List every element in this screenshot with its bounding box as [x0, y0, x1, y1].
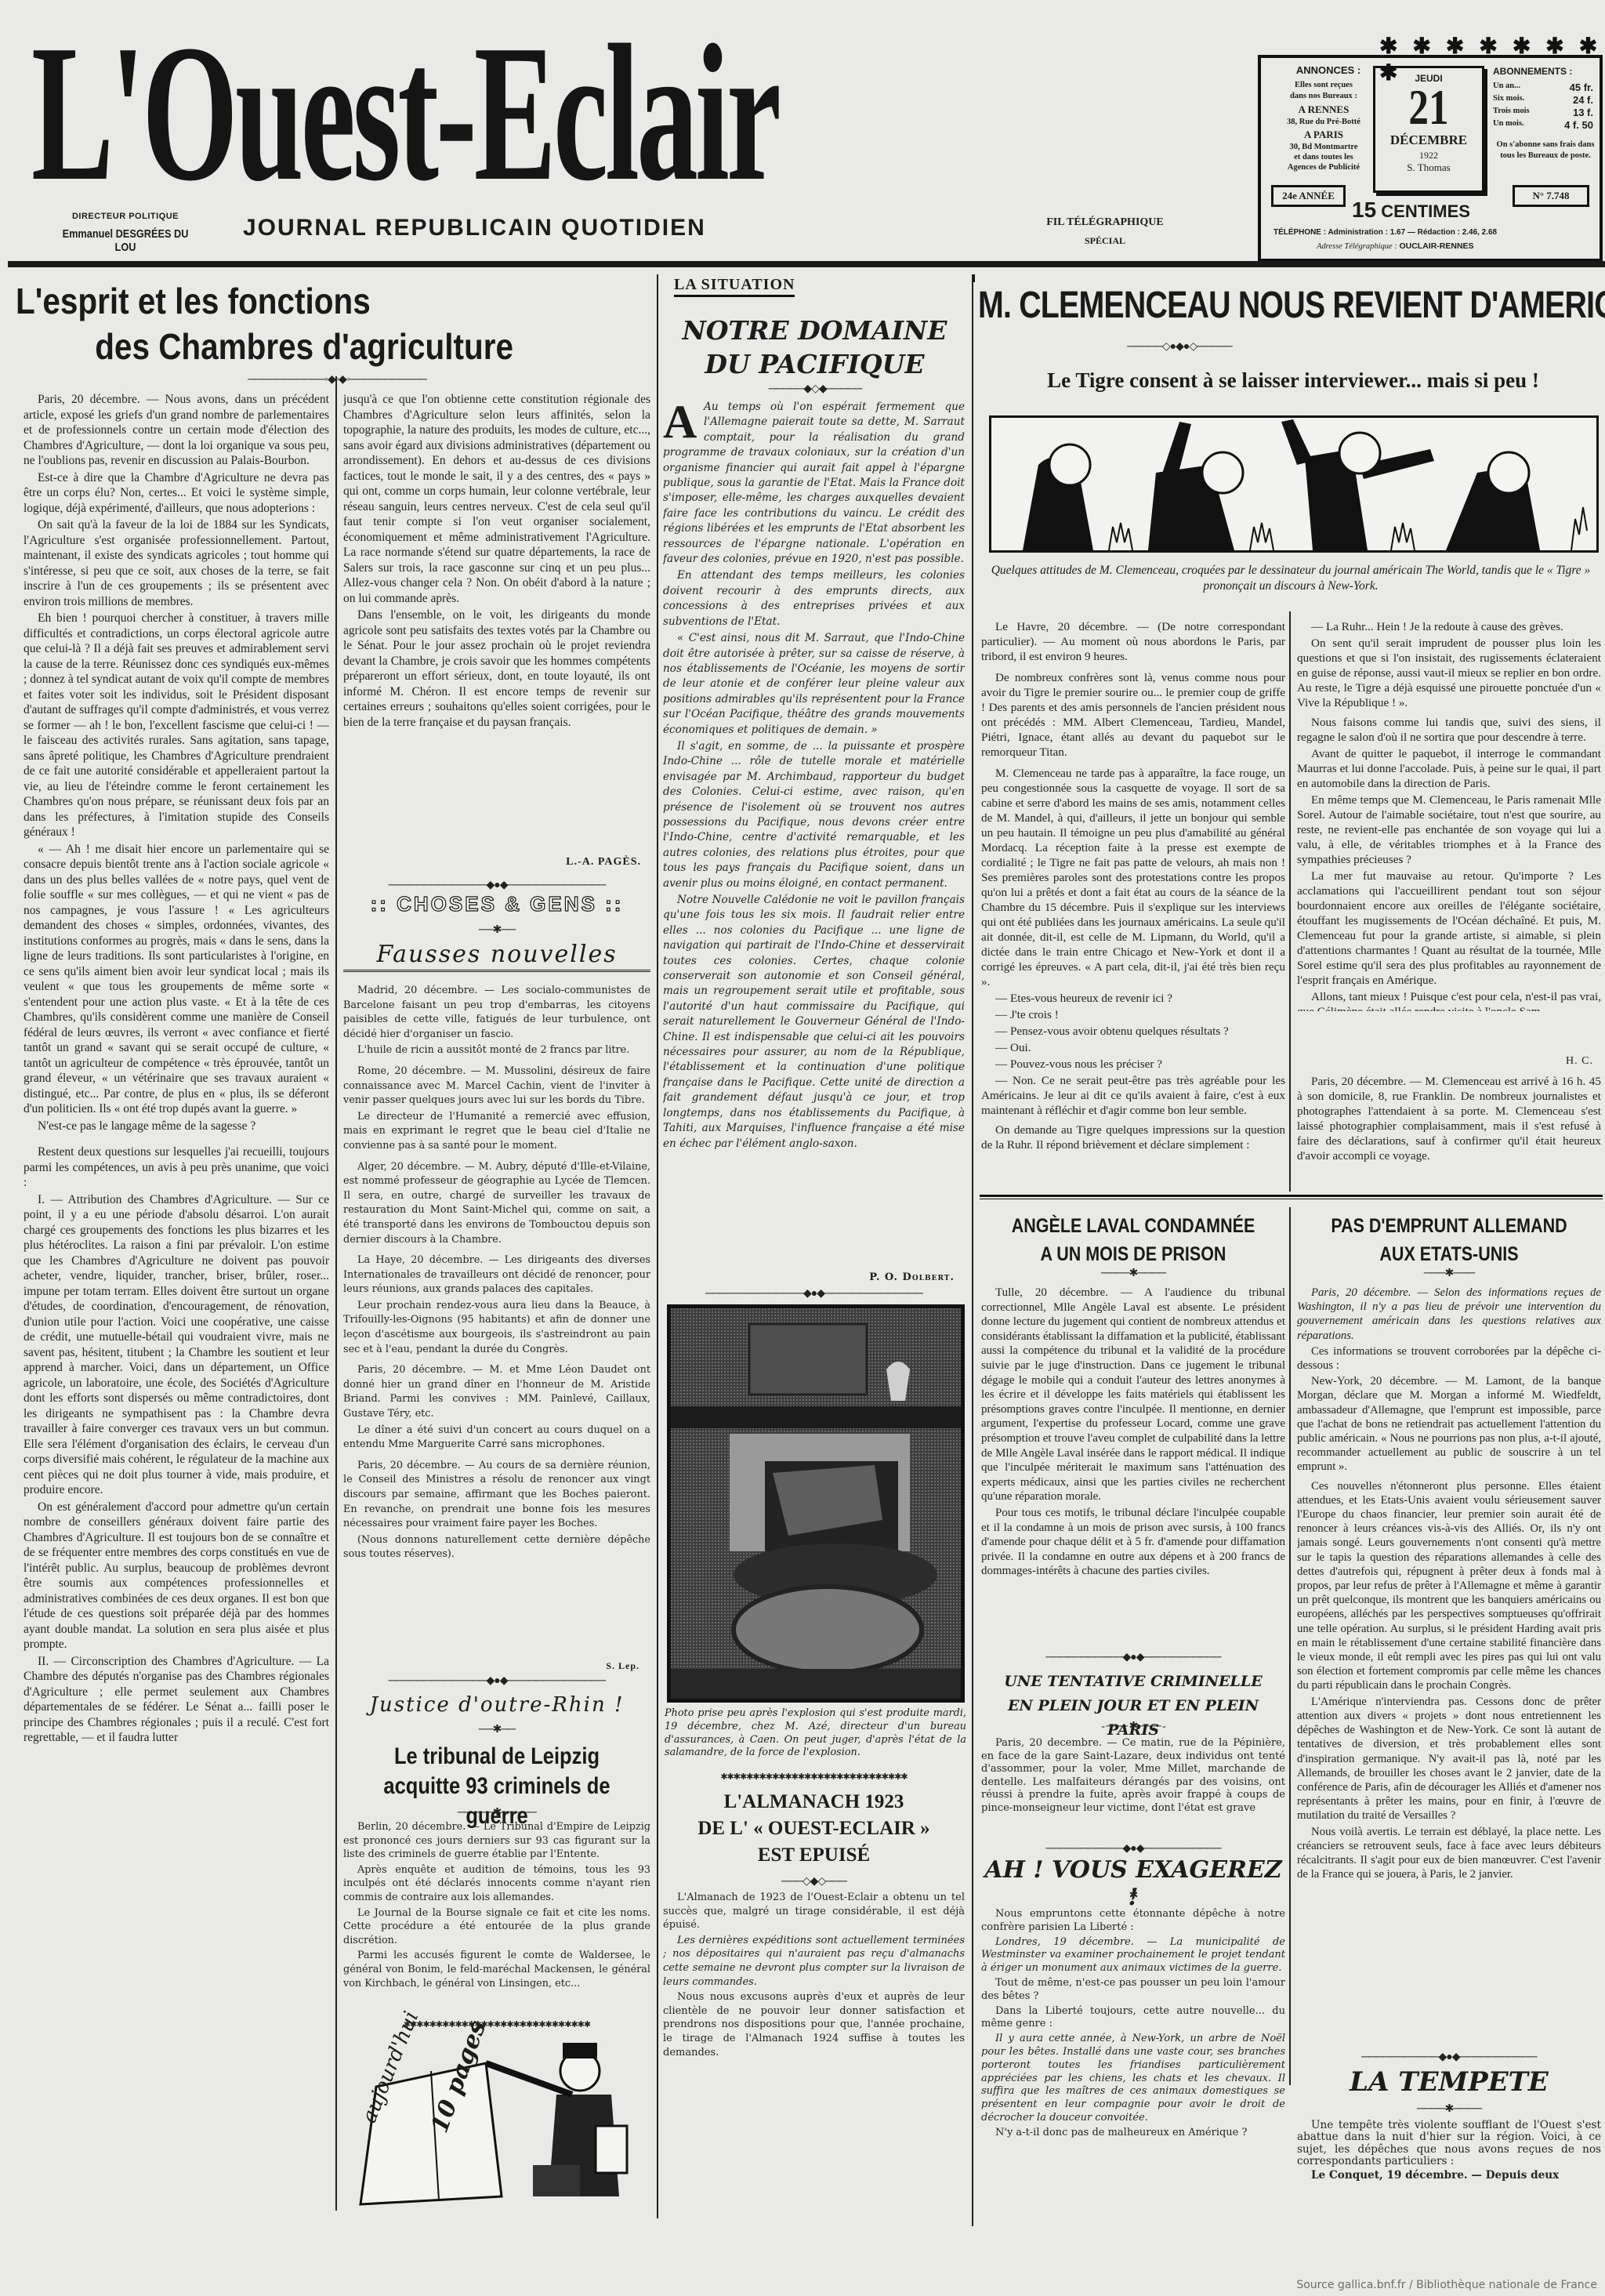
paragraph: Il y aura cette année, à New-York, un ar… — [981, 2033, 1285, 2125]
annonces-line: Agences de Publicité — [1268, 162, 1379, 173]
pacifique-headline: NOTRE DOMAINE DU PACIFIQUE — [660, 314, 969, 381]
paragraph: La Haye, 20 décembre. — Les dirigeants d… — [343, 1253, 650, 1297]
paragraph: Dans l'ensemble, on le voit, les dirigea… — [343, 608, 650, 730]
ornament-divider: ─────◆◇◆───── — [721, 384, 909, 395]
paragraph: Le Journal de la Bourse signale ce fait … — [343, 1906, 650, 1948]
director-name: Emmanuel DESGRÉES DU LOU — [53, 227, 199, 254]
cartoon-caption: Quelques attitudes de M. Clemenceau, cro… — [981, 563, 1600, 594]
subscription-row: Trois mois13 f. — [1493, 107, 1593, 118]
paragraph: Nous faisons comme lui tandis que, suivi… — [1297, 715, 1601, 745]
paragraph: N'y a-t-il donc pas de malheureux en Amé… — [981, 2127, 1285, 2140]
laval-headline: ANGÈLE LAVAL CONDAMNÉE A UN MOIS DE PRIS… — [1002, 1212, 1264, 1268]
almanach-headline: L'ALMANACH 1923 DE L' « OUEST-ECLAIR » E… — [663, 1789, 965, 1869]
ornament-divider: ─────◇●◆●◇───── — [1074, 342, 1285, 353]
paragraph: Eh bien ! pourquoi chercher à constituer… — [24, 611, 329, 840]
headline-line: ANGÈLE LAVAL CONDAMNÉE — [1002, 1212, 1264, 1240]
paragraph: Une tempête très violente soufflant de l… — [1297, 2120, 1601, 2168]
annonces-line: dans nos Bureaux : — [1268, 91, 1379, 102]
paragraph: Paris, 20 décembre. — M. et Mme Léon Dau… — [343, 1363, 650, 1421]
headline-line: EST EPUISÉ — [663, 1842, 965, 1869]
paragraph: New-York, 20 décembre. — M. Lamont, de l… — [1297, 1374, 1601, 1474]
paragraph-text: Au temps où l'on espérait fermement que … — [663, 401, 965, 565]
paragraph: La mer fut mauvaise au retour. Qu'import… — [1297, 869, 1601, 988]
newspaper-subtitle: JOURNAL REPUBLICAIN QUOTIDIEN — [243, 215, 635, 241]
paragraph: I. — Attribution des Chambres d'Agricult… — [24, 1192, 329, 1498]
column-divider — [972, 274, 973, 2226]
paragraph: Pour tous ces motifs, le tribunal déclar… — [981, 1506, 1285, 1579]
paragraph: Madrid, 20 décembre. — Les socialo-commu… — [343, 984, 650, 1042]
clemenceau-caricature-drawing — [991, 418, 1596, 550]
wire-service-label: FIL TÉLÉGRAPHIQUE — [987, 216, 1223, 229]
paragraph: On est généralement d'accord pour admett… — [24, 1500, 329, 1652]
agriculture-signature: L.-A. PAGÈS. — [343, 856, 641, 869]
date-day: 21 — [1386, 84, 1472, 131]
photo-caption: Photo prise peu après l'explosion qui s'… — [665, 1707, 966, 1760]
article-agriculture-headline: L'esprit et les fonctions des Chambres d… — [16, 278, 581, 369]
ornament-divider: ──────────────◆●◆────────────── — [343, 1676, 650, 1687]
clemenceau-col2: — La Ruhr... Hein ! Je la redoute à caus… — [1297, 619, 1601, 1011]
paragraph: « C'est ainsi, nous dit M. Sarraut, que … — [663, 631, 965, 738]
ornament-divider: - ─── ✱ ─── - — [981, 1721, 1285, 1732]
issue-price: 15 CENTIMES — [1352, 198, 1524, 223]
ornament-divider: ──────────────◆●◆────────────── — [343, 880, 650, 891]
paragraph: M. Clemenceau ne tarde pas à apparaître,… — [981, 766, 1285, 989]
paragraph: Paris, 20 décembre. — Au cours de sa der… — [343, 1459, 650, 1532]
subscription-note: On s'abonne sans frais dans tous les Bur… — [1495, 140, 1596, 161]
column-divider — [657, 274, 658, 2218]
paragraph: En attendant des temps meilleurs, les co… — [663, 568, 965, 629]
emprunt-headline: PAS D'EMPRUNT ALLEMAND AUX ETATS-UNIS — [1318, 1212, 1580, 1268]
clemenceau-col2-paris: Paris, 20 décembre. — M. Clemenceau est … — [1297, 1074, 1601, 1184]
paragraph: L'Amérique n'interviendra pas. Cessons d… — [1297, 1695, 1601, 1823]
paragraph: Le dîner a été suivi d'un concert au cou… — [343, 1424, 650, 1453]
paragraph: Il s'agit, en somme, de ... la puissante… — [663, 739, 965, 891]
paragraph: De nombreux confrères sont là, venus com… — [981, 670, 1285, 760]
ornament-divider: ────✱──── — [1297, 2104, 1601, 2115]
leipzig-body: Berlin, 20 décembre. — Le Tribunal d'Emp… — [343, 1820, 650, 2016]
annonces-line: 30, Bd Montmartre — [1268, 142, 1379, 153]
column-divider — [1289, 611, 1291, 1192]
paragraph: Berlin, 20 décembre. — Le Tribunal d'Emp… — [343, 1820, 650, 1862]
paragraph: Au temps où l'on espérait fermement que … — [663, 400, 965, 567]
price-unit: CENTIMES — [1381, 201, 1470, 221]
paragraph: Ces informations se trouvent corroborées… — [1297, 1344, 1601, 1373]
paragraph: On demande au Tigre quelques impressions… — [981, 1123, 1285, 1152]
section-rule — [980, 1195, 1603, 1199]
headline-line: EN PLEIN JOUR ET EN PLEIN PARIS — [981, 1694, 1285, 1743]
tempete-headline: LA TEMPETE — [1297, 2066, 1601, 2098]
fausses-nouvelles-heading: Fausses nouvelles — [343, 941, 650, 972]
subscription-row: Un mois.4 f. 50 — [1493, 119, 1593, 131]
subscription-label: Un an... — [1493, 82, 1520, 93]
subscription-price: 45 fr. — [1570, 82, 1593, 93]
paragraph: Alger, 20 décembre. — M. Aubry, député d… — [343, 1160, 650, 1248]
paragraph: N'est-ce pas le langage même de la sages… — [24, 1119, 329, 1134]
rule — [973, 274, 975, 282]
ornament-divider: ───────────◆●◆─────────── — [981, 1844, 1285, 1855]
paragraph: — Pensez-vous avoir obtenu quelques résu… — [981, 1024, 1285, 1039]
price-number: 15 — [1352, 198, 1376, 222]
paragraph: Tout de même, n'est-ce pas pousser un pe… — [981, 1977, 1285, 2004]
clemenceau-col1: Le Havre, 20 décembre. — (De notre corre… — [981, 619, 1285, 1184]
paragraph: Après enquête et audition de témoins, to… — [343, 1863, 650, 1905]
paragraph: Nous voilà avertis. Le terrain est débla… — [1297, 1825, 1601, 1882]
newspaper-title: L'Ouest-Eclair — [31, 16, 802, 212]
tentative-body: Paris, 20 decembre. — Ce matin, rue de l… — [981, 1737, 1285, 1847]
almanach-body: L'Almanach de 1923 de l'Ouest-Eclair a o… — [663, 1891, 965, 2173]
source-attribution: Source gallica.bnf.fr / Bibliothèque nat… — [1296, 2279, 1597, 2291]
telegraph-label: Adresse Télégraphique : — [1317, 242, 1397, 251]
director-label: DIRECTEUR POLITIQUE — [55, 212, 196, 221]
paragraph: Nous empruntons cette étonnante dépêche … — [981, 1908, 1285, 1935]
paragraph: (Nous donnons naturellement cette derniè… — [343, 1533, 650, 1562]
date-saint: S. Thomas — [1375, 161, 1482, 174]
emprunt-body: Paris, 20 décembre. — Selon des informat… — [1297, 1286, 1601, 2038]
choses-gens-body: Madrid, 20 décembre. — Les socialo-commu… — [343, 984, 650, 1627]
section-la-situation: LA SITUATION — [674, 276, 795, 297]
headline-line: UNE TENTATIVE CRIMINELLE — [981, 1670, 1285, 1694]
drop-cap-spacer — [663, 400, 704, 444]
annonces-line: 38, Rue du Pré-Botté — [1268, 117, 1379, 128]
paragraph: — Non. Ce ne serait peut-être pas très a… — [981, 1073, 1285, 1118]
ornament-divider: ─────✱───── — [343, 1808, 650, 1819]
leipzig-kicker: Justice d'outre-Rhin ! — [343, 1693, 650, 1717]
ornament-divider: ───────────◦◆◦◆◦─────────── — [172, 375, 502, 386]
paragraph: — J'te crois ! — [981, 1007, 1285, 1022]
headline-line: PAS D'EMPRUNT ALLEMAND — [1318, 1212, 1580, 1240]
clemenceau-signature: H. C. — [1297, 1055, 1593, 1068]
explosion-photo-image — [671, 1308, 961, 1699]
paragraph: II. — Circonscription des Chambres d'Agr… — [24, 1654, 329, 1746]
tempete-body: Une tempête très violente soufflant de l… — [1297, 2120, 1601, 2198]
headline-line: L'ALMANACH 1923 — [663, 1789, 965, 1815]
subscription-row: Six mois.24 f. — [1493, 94, 1593, 106]
wire-service-special: SPÉCIAL — [987, 235, 1223, 247]
subscription-price: 13 f. — [1573, 107, 1593, 118]
headline-line: AUX ETATS-UNIS — [1318, 1240, 1580, 1268]
telegraph-value: OUCLAIR-RENNES — [1399, 241, 1473, 251]
paragraph: Leur prochain rendez-vous aura lieu dans… — [343, 1299, 650, 1357]
paragraph: Le Havre, 20 décembre. — (De notre corre… — [981, 619, 1285, 664]
paragraph: Restent deux questions sur lesquelles j'… — [24, 1144, 329, 1191]
paragraph: Londres, 19 décembre. — La municipalité … — [981, 1936, 1285, 1975]
pacifique-signature: P. O. Dolbert. — [663, 1271, 955, 1283]
pacifique-body: Au temps où l'on espérait fermement que … — [663, 400, 965, 1239]
column-divider — [335, 376, 337, 2211]
telegraph-address: Adresse Télégraphique : OUCLAIR-RENNES — [1317, 241, 1599, 251]
year-of-publication: 24e ANNÉE — [1271, 185, 1346, 207]
headline-line: DE L' « OUEST-ECLAIR » — [663, 1815, 965, 1842]
exagerez-headline: AH ! VOUS EXAGEREZ ! — [981, 1856, 1285, 1911]
date-month: DÉCEMBRE — [1375, 132, 1482, 148]
ornament-divider: ──✱── — [343, 1725, 650, 1736]
abonnements-heading: ABONNEMENTS : — [1493, 66, 1601, 77]
ten-pages-advertisement: aujourd'hui 10 pages — [345, 2024, 643, 2212]
paragraph: Paris, 20 decembre. — Ce matin, rue de l… — [981, 1737, 1285, 1815]
headline-line: L'esprit et les fonctions — [16, 278, 581, 324]
section-choses-gens: :: CHOSES & GENS :: — [343, 892, 650, 916]
paragraph: jusqu'à ce que l'on obtienne cette const… — [343, 392, 650, 606]
paragraph: L'huile de ricin a aussitôt monté de 2 f… — [343, 1043, 650, 1058]
clemenceau-subheadline: Le Tigre consent à se laisser interviewe… — [984, 368, 1603, 393]
laval-body: Tulle, 20 décembre. — A l'audience du tr… — [981, 1286, 1285, 1654]
date-box: JEUDI 21 DÉCEMBRE 1922 S. Thomas — [1373, 66, 1484, 193]
telephone-line: TÉLÉPHONE : Administration : 1.67 — Réda… — [1273, 227, 1579, 237]
paragraph: — La Ruhr... Hein ! Je la redoute à caus… — [1297, 619, 1601, 634]
paragraph: — Pouvez-vous nous les préciser ? — [981, 1057, 1285, 1072]
paragraph: En même temps que M. Clemenceau, le Pari… — [1297, 793, 1601, 867]
annonces-line: A PARIS — [1268, 129, 1379, 140]
paragraph: Parmi les accusés figurent le comte de W… — [343, 1949, 650, 1990]
choses-gens-signature: S. Lep. — [343, 1660, 639, 1672]
paragraph: Avant de quitter le paquebot, il interro… — [1297, 746, 1601, 791]
paragraph: Paris, 20 décembre. — Nous avons, dans u… — [24, 392, 329, 469]
ornament-divider: ───────────◆●◆─────────── — [981, 1652, 1285, 1663]
ornament-divider: ──✱── — [343, 925, 650, 936]
masthead-rule — [8, 261, 1605, 267]
subscription-label: Trois mois — [1493, 107, 1530, 118]
ornament-divider: ───────────◆●◆─────────── — [1297, 2052, 1601, 2063]
clemenceau-cartoon — [989, 415, 1599, 553]
paragraph: Est-ce à dire que la Chambre d'Agricultu… — [24, 470, 329, 517]
paragraph: Les dernières expéditions sont actuellem… — [663, 1934, 965, 1989]
subscription-price: 24 f. — [1573, 94, 1593, 106]
ornament-divider: ───✱─── — [1297, 1268, 1601, 1279]
paragraph: Dans la Liberté toujours, cette autre no… — [981, 2005, 1285, 2032]
headline-line: A UN MOIS DE PRISON — [1002, 1240, 1264, 1268]
paragraph: Notre Nouvelle Calédonie ne voit le pavi… — [663, 893, 965, 1152]
article-agriculture-col2: jusqu'à ce que l'on obtienne cette const… — [343, 392, 650, 831]
explosion-photo — [667, 1304, 965, 1703]
ornament-divider: ───◇◆◇─── — [741, 1877, 886, 1888]
paragraph: — Oui. — [981, 1040, 1285, 1055]
subscription-row: Un an...45 fr. — [1493, 82, 1593, 93]
subscription-price: 4 f. 50 — [1564, 119, 1593, 131]
paragraph: On sait qu'à la faveur de la loi de 1884… — [24, 517, 329, 609]
star-ornament-row: ✱✱✱✱✱✱✱✱✱✱✱✱✱✱✱✱✱✱✱✱✱✱✱✱✱✱✱✱✱ — [663, 1772, 965, 1783]
paragraph: — Etes-vous heureux de revenir ici ? — [981, 991, 1285, 1006]
annonces-line: A RENNES — [1268, 104, 1379, 115]
annonces-line: Elles sont reçues — [1268, 80, 1379, 91]
paragraph: Nous nous excusons auprès d'eux et auprè… — [663, 1990, 965, 2059]
paragraph: Ces nouvelles n'étonneront plus personne… — [1297, 1479, 1601, 1693]
exagerez-body: Nous empruntons cette étonnante dépêche … — [981, 1908, 1285, 2222]
subscription-label: Six mois. — [1493, 94, 1524, 106]
ornament-divider: ──────────────◆●◆────────────── — [663, 1289, 965, 1300]
annonces-heading: ANNONCES : — [1277, 64, 1379, 76]
paragraph: Rome, 20 décembre. — M. Mussolini, désir… — [343, 1065, 650, 1108]
paragraph: Allons, tant mieux ! Puisque c'est pour … — [1297, 989, 1601, 1011]
paragraph: Le Conquet, 19 décembre. — Depuis deux — [1297, 2170, 1601, 2182]
annonces-line: et dans toutes les — [1268, 152, 1379, 163]
paragraph: Le directeur de l'Humanité a remercié av… — [343, 1110, 650, 1154]
date-year: 1922 — [1375, 150, 1482, 161]
ornament-divider: ✱ — [981, 1891, 1285, 1902]
ornament-divider: ────✱──── — [981, 1268, 1285, 1279]
paragraph: Paris, 20 décembre. — M. Clemenceau est … — [1297, 1074, 1601, 1163]
article-agriculture-col1: Paris, 20 décembre. — Nous avons, dans u… — [24, 392, 329, 2022]
paragraph: On sent qu'il serait imprudent de pousse… — [1297, 636, 1601, 710]
subscription-label: Un mois. — [1493, 119, 1524, 131]
paragraph: L'Almanach de 1923 de l'Ouest-Eclair a o… — [663, 1891, 965, 1932]
column-divider — [1289, 1207, 1291, 2085]
clemenceau-headline: M. CLEMENCEAU NOUS REVIENT D'AMERIQUE — [978, 284, 1492, 328]
headline-line: des Chambres d'agriculture — [16, 324, 581, 369]
paragraph: Paris, 20 décembre. — Selon des informat… — [1297, 1286, 1601, 1343]
paragraph: Tulle, 20 décembre. — A l'audience du tr… — [981, 1286, 1285, 1504]
paragraph: « — Ah ! me disait hier encore un parlem… — [24, 842, 329, 1117]
